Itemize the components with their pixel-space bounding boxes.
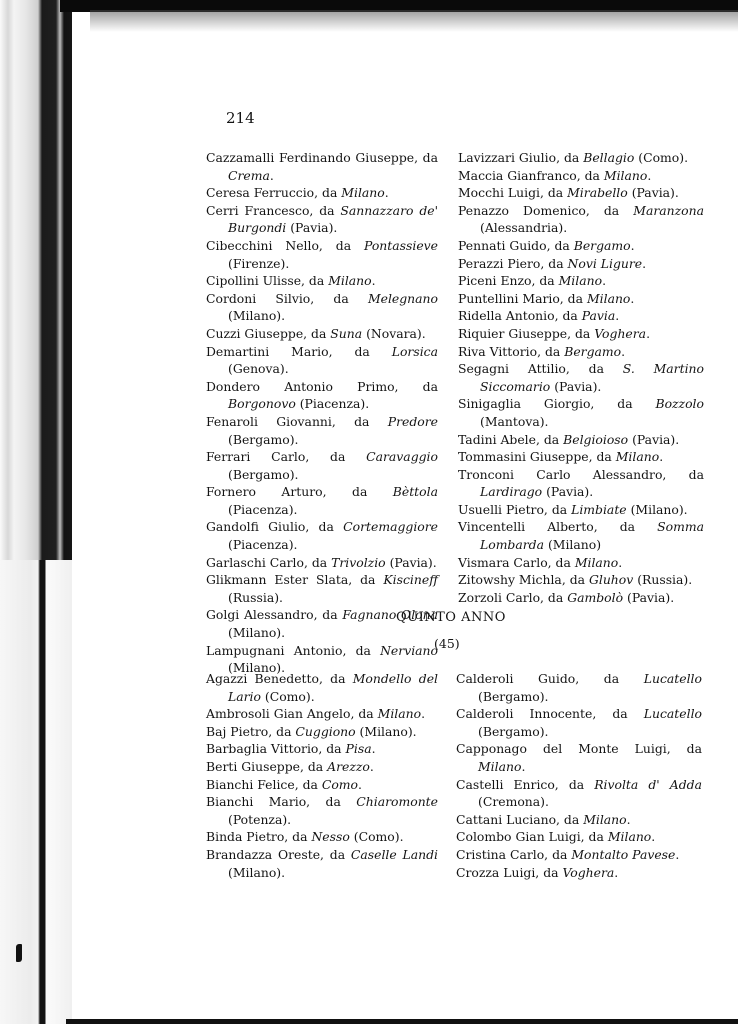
list-item: Ceresa Ferruccio, da Milano. — [206, 184, 438, 202]
province: (Genova). — [228, 361, 289, 376]
province: . — [372, 741, 376, 756]
list-item: Calderoli Innocente, da Lucatello (Berga… — [456, 705, 702, 740]
province: (Bergamo). — [228, 432, 299, 447]
place-name: Bergamo — [564, 344, 621, 359]
person-name: Binda Pietro, da — [206, 829, 308, 844]
person-name: Capponago del Monte Luigi, da — [456, 741, 702, 756]
province: (Milano). — [228, 625, 285, 640]
person-name: Calderoli Innocente, da — [456, 706, 628, 721]
province: (Mantova). — [480, 414, 549, 429]
list-item: Barbaglia Vittorio, da Pisa. — [206, 740, 438, 758]
person-name: Golgi Alessandro, da — [206, 607, 338, 622]
person-name: Gandolfi Giulio, da — [206, 519, 334, 534]
place-name: Pisa — [346, 741, 372, 756]
person-name: Fornero Arturo, da — [206, 484, 367, 499]
person-name: Pennati Guido, da — [458, 238, 570, 253]
place-name: Gambolò — [567, 590, 623, 605]
list-item: Tronconi Carlo Alessandro, da Lardirago … — [458, 466, 704, 501]
list-item: Maccia Gianfranco, da Milano. — [458, 167, 704, 185]
person-name: Mocchi Luigi, da — [458, 185, 563, 200]
province: (Alessandria). — [480, 220, 567, 235]
person-name: Dondero Antonio Primo, da — [206, 379, 438, 394]
place-name: Lardirago — [480, 484, 542, 499]
province: (Firenze). — [228, 256, 289, 271]
list-item: Fenaroli Giovanni, da Predore (Bergamo). — [206, 413, 438, 448]
lower-left-column: Agazzi Benedetto, da Mondello del Lario … — [206, 670, 438, 881]
place-name: Montalto Pavese — [571, 847, 675, 862]
place-name: Milano — [378, 706, 421, 721]
place-name: Mirabello — [567, 185, 628, 200]
list-item: Perazzi Piero, da Novi Ligure. — [458, 255, 704, 273]
upper-left-column: Cazzamalli Ferdinando Giuseppe, da Crema… — [206, 149, 438, 677]
list-item: Usuelli Pietro, da Limbiate (Milano). — [458, 501, 704, 519]
province: . — [642, 256, 646, 271]
place-name: Gluhov — [589, 572, 633, 587]
province: . — [646, 326, 650, 341]
province: . — [521, 759, 525, 774]
province: (Pavia). — [542, 484, 593, 499]
place-name: Novi Ligure — [568, 256, 643, 271]
province: . — [675, 847, 679, 862]
province: . — [614, 865, 618, 880]
person-name: Segagni Attilio, da — [458, 361, 604, 376]
province: (Bergamo). — [228, 467, 299, 482]
place-name: Cuggiono — [295, 724, 355, 739]
list-item: Brandazza Oreste, da Caselle Landi (Mila… — [206, 846, 438, 881]
list-item: Cordoni Silvio, da Melegnano (Milano). — [206, 290, 438, 325]
place-name: Cortemaggiore — [343, 519, 438, 534]
scan-edge-bottom — [66, 1019, 738, 1024]
place-name: Borgonovo — [228, 396, 296, 411]
province: (Bergamo). — [478, 689, 549, 704]
list-item: Binda Pietro, da Nesso (Como). — [206, 828, 438, 846]
province: . — [647, 168, 651, 183]
province: . — [421, 706, 425, 721]
person-name: Maccia Gianfranco, da — [458, 168, 600, 183]
person-name: Cattani Luciano, da — [456, 812, 579, 827]
place-name: Bergamo — [574, 238, 631, 253]
province: . — [630, 291, 634, 306]
place-name: Pontassieve — [364, 238, 438, 253]
place-name: Rivolta d' Adda — [594, 777, 702, 792]
list-item: Gandolfi Giulio, da Cortemaggiore (Piace… — [206, 518, 438, 553]
province: . — [618, 555, 622, 570]
place-name: Caselle Landi — [351, 847, 438, 862]
person-name: Tronconi Carlo Alessandro, da — [458, 467, 704, 482]
person-name: Fenaroli Giovanni, da — [206, 414, 369, 429]
person-name: Cristina Carlo, da — [456, 847, 567, 862]
person-name: Ferrari Carlo, da — [206, 449, 345, 464]
province: . — [651, 829, 655, 844]
province: (Pavia). — [628, 432, 679, 447]
place-name: Milano — [616, 449, 659, 464]
list-item: Mocchi Luigi, da Mirabello (Pavia). — [458, 184, 704, 202]
place-name: Bèttola — [393, 484, 438, 499]
list-item: Cazzamalli Ferdinando Giuseppe, da Crema… — [206, 149, 438, 184]
list-item: Piceni Enzo, da Milano. — [458, 272, 704, 290]
list-item: Castelli Enrico, da Rivolta d' Adda (Cre… — [456, 776, 702, 811]
section-title: QUINTO ANNO — [396, 610, 506, 625]
place-name: Como — [322, 777, 358, 792]
province: . — [659, 449, 663, 464]
province: (Piacenza). — [228, 502, 297, 517]
place-name: Melegnano — [368, 291, 438, 306]
place-name: Milano — [559, 273, 602, 288]
list-item: Garlaschi Carlo, da Trivolzio (Pavia). — [206, 554, 438, 572]
scan-mark — [16, 944, 22, 962]
place-name: Trivolzio — [331, 555, 386, 570]
list-item: Cibecchini Nello, da Pontassieve (Firenz… — [206, 237, 438, 272]
person-name: Puntellini Mario, da — [458, 291, 583, 306]
upper-right-column: Lavizzari Giulio, da Bellagio (Como).Mac… — [458, 149, 704, 606]
list-item: Berti Giuseppe, da Arezzo. — [206, 758, 438, 776]
list-item: Puntellini Mario, da Milano. — [458, 290, 704, 308]
person-name: Cipollini Ulisse, da — [206, 273, 324, 288]
person-name: Tommasini Giuseppe, da — [458, 449, 612, 464]
person-name: Crozza Luigi, da — [456, 865, 559, 880]
person-name: Vincentelli Alberto, da — [458, 519, 635, 534]
person-name: Garlaschi Carlo, da — [206, 555, 327, 570]
list-item: Zitowshy Michla, da Gluhov (Russia). — [458, 571, 704, 589]
province: . — [358, 777, 362, 792]
province: (Milano). — [627, 502, 688, 517]
person-name: Berti Giuseppe, da — [206, 759, 323, 774]
page-number: 214 — [226, 109, 255, 127]
person-name: Lavizzari Giulio, da — [458, 150, 579, 165]
list-item: Ambrosoli Gian Angelo, da Milano. — [206, 705, 438, 723]
place-name: Milano — [575, 555, 618, 570]
list-item: Lavizzari Giulio, da Bellagio (Como). — [458, 149, 704, 167]
person-name: Calderoli Guido, da — [456, 671, 619, 686]
list-item: Tommasini Giuseppe, da Milano. — [458, 448, 704, 466]
province: (Bergamo). — [478, 724, 549, 739]
province: . — [270, 168, 274, 183]
list-item: Cristina Carlo, da Montalto Pavese. — [456, 846, 702, 864]
province: (Piacenza). — [228, 537, 297, 552]
person-name: Barbaglia Vittorio, da — [206, 741, 342, 756]
province: (Pavia). — [628, 185, 679, 200]
province: (Pavia). — [386, 555, 437, 570]
lower-right-column: Calderoli Guido, da Lucatello (Bergamo).… — [456, 670, 702, 881]
person-name: Tadini Abele, da — [458, 432, 559, 447]
place-name: Milano — [587, 291, 630, 306]
place-name: Milano — [583, 812, 626, 827]
province: (Pavia). — [286, 220, 337, 235]
list-item: Fornero Arturo, da Bèttola (Piacenza). — [206, 483, 438, 518]
person-name: Glikmann Ester Slata, da — [206, 572, 375, 587]
place-name: Nerviano — [380, 643, 438, 658]
list-item: Segagni Attilio, da S. Martino Siccomari… — [458, 360, 704, 395]
place-name: Bellagio — [583, 150, 634, 165]
province: . — [627, 812, 631, 827]
person-name: Bianchi Felice, da — [206, 777, 318, 792]
province: (Milano). — [228, 865, 285, 880]
province: (Milano) — [544, 537, 601, 552]
place-name: Belgioioso — [563, 432, 628, 447]
list-item: Pennati Guido, da Bergamo. — [458, 237, 704, 255]
province: (Pavia). — [623, 590, 674, 605]
person-name: Zorzoli Carlo, da — [458, 590, 563, 605]
place-name: Nesso — [311, 829, 349, 844]
place-name: Chiaromonte — [356, 794, 438, 809]
list-item: Vincentelli Alberto, da Somma Lombarda (… — [458, 518, 704, 553]
person-name: Zitowshy Michla, da — [458, 572, 585, 587]
person-name: Ceresa Ferruccio, da — [206, 185, 337, 200]
place-name: Crema — [228, 168, 270, 183]
place-name: Voghera — [594, 326, 646, 341]
list-item: Riquier Giuseppe, da Voghera. — [458, 325, 704, 343]
person-name: Riva Vittorio, da — [458, 344, 560, 359]
place-name: Limbiate — [571, 502, 627, 517]
list-item: Ridella Antonio, da Pavia. — [458, 307, 704, 325]
person-name: Cordoni Silvio, da — [206, 291, 349, 306]
person-name: Castelli Enrico, da — [456, 777, 584, 792]
list-item: Dondero Antonio Primo, da Borgonovo (Pia… — [206, 378, 438, 413]
place-name: Kiscineff — [383, 572, 438, 587]
list-item: Bianchi Mario, da Chiaromonte (Potenza). — [206, 793, 438, 828]
place-name: Lorsica — [392, 344, 438, 359]
list-item: Bianchi Felice, da Como. — [206, 776, 438, 794]
list-item: Calderoli Guido, da Lucatello (Bergamo). — [456, 670, 702, 705]
list-item: Penazzo Domenico, da Maranzona (Alessand… — [458, 202, 704, 237]
place-name: Milano — [328, 273, 371, 288]
place-name: Suna — [330, 326, 362, 341]
person-name: Vismara Carlo, da — [458, 555, 571, 570]
list-item: Ferrari Carlo, da Caravaggio (Bergamo). — [206, 448, 438, 483]
list-item: Cipollini Ulisse, da Milano. — [206, 272, 438, 290]
scan-edge-left-lower — [0, 560, 72, 1024]
list-item: Riva Vittorio, da Bergamo. — [458, 343, 704, 361]
place-name: Bozzolo — [655, 396, 704, 411]
place-name: Lucatello — [644, 671, 702, 686]
province: (Milano). — [228, 308, 285, 323]
province: . — [370, 759, 374, 774]
person-name: Usuelli Pietro, da — [458, 502, 567, 517]
list-item: Glikmann Ester Slata, da Kiscineff (Russ… — [206, 571, 438, 606]
province: . — [372, 273, 376, 288]
province: (Como). — [350, 829, 404, 844]
place-name: Pavia — [582, 308, 616, 323]
person-name: Cibecchini Nello, da — [206, 238, 351, 253]
province: (Potenza). — [228, 812, 291, 827]
province: (Como). — [261, 689, 315, 704]
list-item: Colombo Gian Luigi, da Milano. — [456, 828, 702, 846]
person-name: Riquier Giuseppe, da — [458, 326, 590, 341]
place-name: Voghera — [562, 865, 614, 880]
person-name: Baj Pietro, da — [206, 724, 291, 739]
person-name: Cazzamalli Ferdinando Giuseppe, da — [206, 150, 438, 165]
person-name: Lampugnani Antonio, da — [206, 643, 371, 658]
province: (Pavia). — [550, 379, 601, 394]
list-item: Tadini Abele, da Belgioioso (Pavia). — [458, 431, 704, 449]
person-name: Bianchi Mario, da — [206, 794, 341, 809]
place-name: Lucatello — [644, 706, 702, 721]
place-name: Maranzona — [633, 203, 704, 218]
person-name: Demartini Mario, da — [206, 344, 370, 359]
place-name: Milano — [604, 168, 647, 183]
list-item: Baj Pietro, da Cuggiono (Milano). — [206, 723, 438, 741]
section-count: (45) — [434, 636, 460, 651]
person-name: Perazzi Piero, da — [458, 256, 564, 271]
person-name: Piceni Enzo, da — [458, 273, 555, 288]
province: . — [385, 185, 389, 200]
place-name: Predore — [388, 414, 438, 429]
province: (Cremona). — [478, 794, 549, 809]
province: . — [602, 273, 606, 288]
province: (Como). — [634, 150, 688, 165]
list-item: Sinigaglia Giorgio, da Bozzolo (Mantova)… — [458, 395, 704, 430]
person-name: Ambrosoli Gian Angelo, da — [206, 706, 374, 721]
province: (Piacenza). — [296, 396, 369, 411]
person-name: Cuzzi Giuseppe, da — [206, 326, 326, 341]
province: (Milano). — [356, 724, 417, 739]
province: . — [615, 308, 619, 323]
person-name: Sinigaglia Giorgio, da — [458, 396, 633, 411]
list-item: Cuzzi Giuseppe, da Suna (Novara). — [206, 325, 438, 343]
person-name: Cerri Francesco, da — [206, 203, 335, 218]
place-name: Milano — [608, 829, 651, 844]
person-name: Agazzi Benedetto, da — [206, 671, 345, 686]
place-name: Caravaggio — [366, 449, 438, 464]
province: (Russia). — [228, 590, 283, 605]
list-item: Cattani Luciano, da Milano. — [456, 811, 702, 829]
list-item: Vismara Carlo, da Milano. — [458, 554, 704, 572]
person-name: Brandazza Oreste, da — [206, 847, 345, 862]
province: . — [631, 238, 635, 253]
person-name: Colombo Gian Luigi, da — [456, 829, 604, 844]
list-item: Cerri Francesco, da Sannazzaro de' Burgo… — [206, 202, 438, 237]
place-name: Milano — [478, 759, 521, 774]
list-item: Agazzi Benedetto, da Mondello del Lario … — [206, 670, 438, 705]
list-item: Demartini Mario, da Lorsica (Genova). — [206, 343, 438, 378]
list-item: Capponago del Monte Luigi, da Milano. — [456, 740, 702, 775]
place-name: Milano — [341, 185, 384, 200]
person-name: Ridella Antonio, da — [458, 308, 578, 323]
list-item: Crozza Luigi, da Voghera. — [456, 864, 702, 882]
scan-edge-top-noise — [90, 10, 738, 32]
province: (Russia). — [633, 572, 692, 587]
province: (Novara). — [362, 326, 426, 341]
person-name: Penazzo Domenico, da — [458, 203, 619, 218]
place-name: Arezzo — [327, 759, 370, 774]
list-item: Zorzoli Carlo, da Gambolò (Pavia). — [458, 589, 704, 607]
province: . — [621, 344, 625, 359]
